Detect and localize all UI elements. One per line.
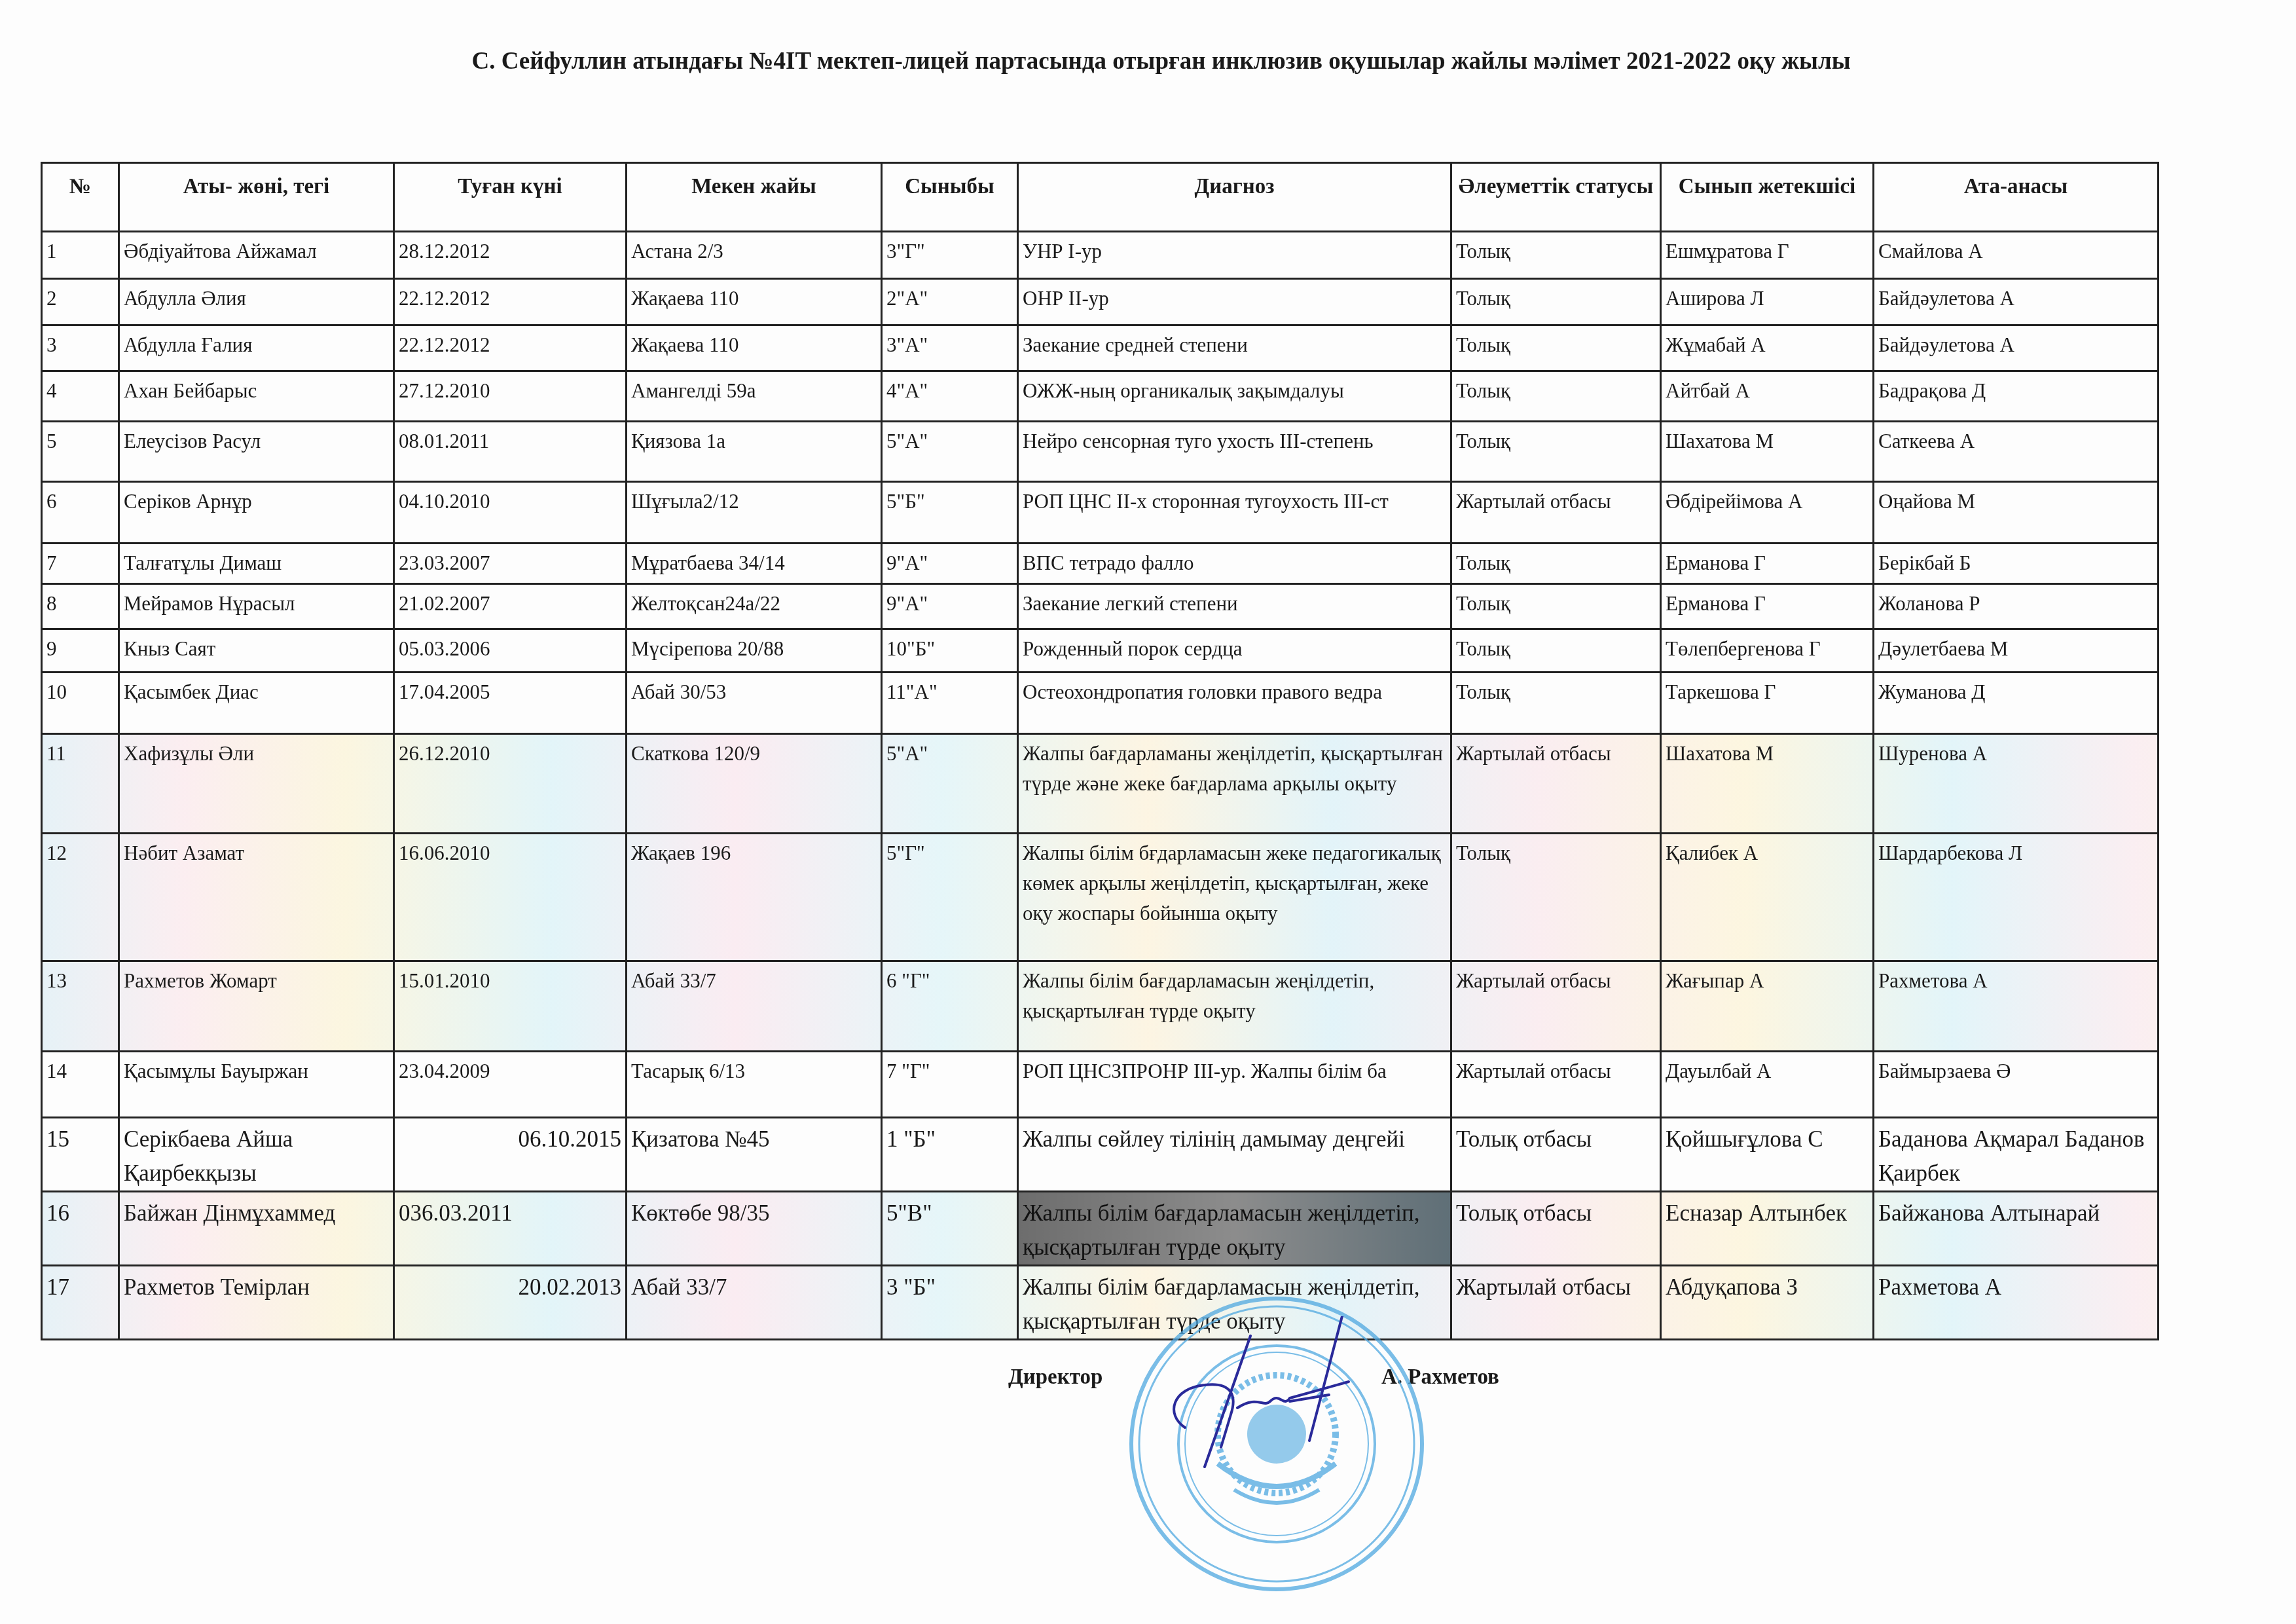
table-row: 8Мейрамов Нұрасыл21.02.2007Желтоқсан24а/…	[42, 584, 2159, 629]
cell-diagnosis: УНР I-ур	[1018, 232, 1451, 279]
cell-name: Серікбаева Айша Қаирбекқызы	[119, 1118, 394, 1192]
cell-diagnosis: РОП ЦНСЗПРОНР III-ур. Жалпы білім ба	[1018, 1052, 1451, 1118]
cell-no: 5	[42, 422, 119, 482]
cell-parents: Саткеева А	[1874, 422, 2159, 482]
cell-grade: 4"А"	[882, 371, 1018, 422]
cell-diagnosis: Заекание легкий степени	[1018, 584, 1451, 629]
cell-diagnosis: Нейро сенсорная туго ухость III-степень	[1018, 422, 1451, 482]
cell-grade: 5"А"	[882, 422, 1018, 482]
cell-no: 14	[42, 1052, 119, 1118]
cell-grade: 6 "Г"	[882, 961, 1018, 1052]
cell-status: Толық отбасы	[1451, 1192, 1661, 1266]
cell-address: Жақаева 110	[627, 325, 882, 371]
cell-grade: 5"Б"	[882, 482, 1018, 544]
col-header-birth: Туған күні	[394, 163, 627, 232]
cell-parents: Дәулетбаева М	[1874, 629, 2159, 673]
col-header-status: Әлеуметтік статусы	[1451, 163, 1661, 232]
cell-grade: 7 "Г"	[882, 1052, 1018, 1118]
col-header-diagnosis: Диагноз	[1018, 163, 1451, 232]
cell-status: Толық	[1451, 422, 1661, 482]
table-row: 14Қасымұлы Бауыржан23.04.2009Тасарық 6/1…	[42, 1052, 2159, 1118]
cell-status: Толық отбасы	[1451, 1118, 1661, 1192]
table-row: 1Әбдіуайтова Айжамал28.12.2012Астана 2/3…	[42, 232, 2159, 279]
cell-parents: Баданова Ақмарал Баданов Қаирбек	[1874, 1118, 2159, 1192]
cell-no: 12	[42, 834, 119, 961]
cell-teacher: Жұмабай А	[1661, 325, 1874, 371]
table-row: 9Кныз Саят05.03.2006Мүсірепова 20/8810"Б…	[42, 629, 2159, 673]
director-label: Директор	[1008, 1365, 1102, 1390]
cell-grade: 5"В"	[882, 1192, 1018, 1266]
cell-status: Толық	[1451, 834, 1661, 961]
cell-address: Көктөбе 98/35	[627, 1192, 882, 1266]
table-row: 16Байжан Дінмұхаммед036.03.2011Көктөбе 9…	[42, 1192, 2159, 1266]
cell-parents: Смайлова А	[1874, 232, 2159, 279]
cell-no: 13	[42, 961, 119, 1052]
col-header-no: №	[42, 163, 119, 232]
signature-icon	[1159, 1316, 1381, 1486]
cell-address: Қизатова №45	[627, 1118, 882, 1192]
director-name: А. Рахметов	[1381, 1365, 1499, 1390]
cell-grade: 3 "Б"	[882, 1266, 1018, 1340]
cell-parents: Рахметова А	[1874, 961, 2159, 1052]
cell-teacher: Ерманова Г	[1661, 584, 1874, 629]
table-row: 4Ахан Бейбарыс27.12.2010Амангелді 59а4"А…	[42, 371, 2159, 422]
cell-diagnosis: ОЖЖ-ның органикалық зақымдалуы	[1018, 371, 1451, 422]
cell-name: Талғатұлы Димаш	[119, 544, 394, 584]
cell-teacher: Аширова Л	[1661, 279, 1874, 325]
cell-parents: Рахметова А	[1874, 1266, 2159, 1340]
cell-diagnosis: Жалпы білім бғдарламасын жеке педагогика…	[1018, 834, 1451, 961]
cell-diagnosis: Рожденный порок сердца	[1018, 629, 1451, 673]
cell-address: Шұғыла2/12	[627, 482, 882, 544]
cell-teacher: Әбдірейімова А	[1661, 482, 1874, 544]
cell-parents: Берікбай Б	[1874, 544, 2159, 584]
cell-birth: 06.10.2015	[394, 1118, 627, 1192]
cell-parents: Оңайова М	[1874, 482, 2159, 544]
table-row: 3Абдулла Ғалия22.12.2012Жақаева 1103"А"З…	[42, 325, 2159, 371]
cell-address: Жақаева 110	[627, 279, 882, 325]
cell-address: Жақаев 196	[627, 834, 882, 961]
cell-teacher: Айтбай А	[1661, 371, 1874, 422]
cell-address: Абай 33/7	[627, 1266, 882, 1340]
cell-teacher: Шахатова М	[1661, 422, 1874, 482]
cell-diagnosis: Жалпы сөйлеу тілінің дамымау деңгейі	[1018, 1118, 1451, 1192]
cell-grade: 5"А"	[882, 734, 1018, 834]
cell-address: Абай 33/7	[627, 961, 882, 1052]
cell-birth: 22.12.2012	[394, 325, 627, 371]
cell-teacher: Таркешова Г	[1661, 673, 1874, 734]
col-header-grade: Сыныбы	[882, 163, 1018, 232]
cell-birth: 036.03.2011	[394, 1192, 627, 1266]
cell-teacher: Ерманова Г	[1661, 544, 1874, 584]
cell-no: 11	[42, 734, 119, 834]
cell-diagnosis: ОНР II-ур	[1018, 279, 1451, 325]
cell-birth: 27.12.2010	[394, 371, 627, 422]
cell-teacher: Төлепбергенова Г	[1661, 629, 1874, 673]
cell-birth: 21.02.2007	[394, 584, 627, 629]
table-row: 2Абдулла Әлия22.12.2012Жақаева 1102"А"ОН…	[42, 279, 2159, 325]
students-table: № Аты- жөні, тегі Туған күні Мекен жайы …	[41, 162, 2159, 1340]
cell-grade: 9"А"	[882, 544, 1018, 584]
cell-address: Амангелді 59а	[627, 371, 882, 422]
cell-name: Қасымбек Диас	[119, 673, 394, 734]
cell-address: Астана 2/3	[627, 232, 882, 279]
cell-grade: 2"А"	[882, 279, 1018, 325]
cell-birth: 20.02.2013	[394, 1266, 627, 1340]
cell-birth: 15.01.2010	[394, 961, 627, 1052]
cell-parents: Байдәулетова А	[1874, 325, 2159, 371]
cell-grade: 5"Г"	[882, 834, 1018, 961]
cell-name: Абдулла Әлия	[119, 279, 394, 325]
cell-status: Жартылай отбасы	[1451, 1052, 1661, 1118]
cell-no: 6	[42, 482, 119, 544]
col-header-address: Мекен жайы	[627, 163, 882, 232]
cell-no: 10	[42, 673, 119, 734]
cell-no: 15	[42, 1118, 119, 1192]
cell-teacher: Жағыпар А	[1661, 961, 1874, 1052]
cell-diagnosis: Заекание средней степени	[1018, 325, 1451, 371]
cell-name: Нәбит Азамат	[119, 834, 394, 961]
cell-teacher: Ешмұратова Г	[1661, 232, 1874, 279]
cell-name: Елеусізов Расул	[119, 422, 394, 482]
cell-address: Тасарық 6/13	[627, 1052, 882, 1118]
cell-name: Мейрамов Нұрасыл	[119, 584, 394, 629]
cell-grade: 10"Б"	[882, 629, 1018, 673]
cell-teacher: Қойшығұлова С	[1661, 1118, 1874, 1192]
cell-status: Жартылай отбасы	[1451, 482, 1661, 544]
cell-birth: 16.06.2010	[394, 834, 627, 961]
cell-diagnosis: Жалпы бағдарламаны жеңілдетіп, қысқартыл…	[1018, 734, 1451, 834]
cell-status: Жартылай отбасы	[1451, 1266, 1661, 1340]
table-row: 10Қасымбек Диас17.04.2005Абай 30/5311"А"…	[42, 673, 2159, 734]
cell-teacher: Шахатова М	[1661, 734, 1874, 834]
table-row: 6Серіков Арнұр04.10.2010Шұғыла2/125"Б"РО…	[42, 482, 2159, 544]
cell-parents: Байжанова Алтынарай	[1874, 1192, 2159, 1266]
cell-grade: 3"Г"	[882, 232, 1018, 279]
cell-no: 17	[42, 1266, 119, 1340]
cell-address: Мүсірепова 20/88	[627, 629, 882, 673]
cell-no: 2	[42, 279, 119, 325]
cell-name: Рахметов Жомарт	[119, 961, 394, 1052]
cell-address: Абай 30/53	[627, 673, 882, 734]
cell-name: Серіков Арнұр	[119, 482, 394, 544]
cell-address: Желтоқсан24а/22	[627, 584, 882, 629]
cell-no: 7	[42, 544, 119, 584]
cell-name: Кныз Саят	[119, 629, 394, 673]
cell-address: Қиязова 1а	[627, 422, 882, 482]
cell-parents: Шуренова А	[1874, 734, 2159, 834]
cell-birth: 26.12.2010	[394, 734, 627, 834]
cell-birth: 04.10.2010	[394, 482, 627, 544]
cell-grade: 1 "Б"	[882, 1118, 1018, 1192]
cell-status: Толық	[1451, 371, 1661, 422]
cell-name: Байжан Дінмұхаммед	[119, 1192, 394, 1266]
cell-teacher: Абдуқапова З	[1661, 1266, 1874, 1340]
cell-status: Толық	[1451, 584, 1661, 629]
cell-name: Әбдіуайтова Айжамал	[119, 232, 394, 279]
cell-status: Толық	[1451, 232, 1661, 279]
col-header-teacher: Сынып жетекшісі	[1661, 163, 1874, 232]
cell-name: Рахметов Темірлан	[119, 1266, 394, 1340]
cell-birth: 28.12.2012	[394, 232, 627, 279]
cell-address: Мұратбаева 34/14	[627, 544, 882, 584]
cell-name: Ахан Бейбарыс	[119, 371, 394, 422]
cell-no: 9	[42, 629, 119, 673]
cell-name: Абдулла Ғалия	[119, 325, 394, 371]
cell-name: Қасымұлы Бауыржан	[119, 1052, 394, 1118]
cell-diagnosis: Жалпы білім бағдарламасын жеңілдетіп, қы…	[1018, 1266, 1451, 1340]
cell-no: 3	[42, 325, 119, 371]
cell-parents: Баймырзаева Ә	[1874, 1052, 2159, 1118]
col-header-parents: Ата-анасы	[1874, 163, 2159, 232]
cell-parents: Бадрақова Д	[1874, 371, 2159, 422]
table-row: 15Серікбаева Айша Қаирбекқызы06.10.2015Қ…	[42, 1118, 2159, 1192]
document-title: С. Сейфуллин атындағы №4IT мектеп-лицей …	[0, 47, 2296, 75]
cell-status: Толық	[1451, 279, 1661, 325]
cell-birth: 08.01.2011	[394, 422, 627, 482]
cell-parents: Жуманова Д	[1874, 673, 2159, 734]
cell-teacher: Есназар Алтынбек	[1661, 1192, 1874, 1266]
cell-parents: Жоланова Р	[1874, 584, 2159, 629]
cell-birth: 22.12.2012	[394, 279, 627, 325]
cell-birth: 05.03.2006	[394, 629, 627, 673]
cell-parents: Шардарбекова Л	[1874, 834, 2159, 961]
table-row: 12Нәбит Азамат16.06.2010Жақаев 1965"Г"Жа…	[42, 834, 2159, 961]
table-row: 11Хафизұлы Әли26.12.2010Скаткова 120/95"…	[42, 734, 2159, 834]
cell-status: Жартылай отбасы	[1451, 961, 1661, 1052]
cell-teacher: Қалибек А	[1661, 834, 1874, 961]
cell-grade: 3"А"	[882, 325, 1018, 371]
table-row: 13Рахметов Жомарт15.01.2010Абай 33/76 "Г…	[42, 961, 2159, 1052]
cell-status: Толық	[1451, 629, 1661, 673]
cell-teacher: Дауылбай А	[1661, 1052, 1874, 1118]
cell-grade: 11"А"	[882, 673, 1018, 734]
table-row: 5Елеусізов Расул08.01.2011Қиязова 1а5"А"…	[42, 422, 2159, 482]
cell-diagnosis: Жалпы білім бағдарламасын жеңілдетіп, қы…	[1018, 961, 1451, 1052]
cell-no: 8	[42, 584, 119, 629]
cell-name: Хафизұлы Әли	[119, 734, 394, 834]
col-header-name: Аты- жөні, тегі	[119, 163, 394, 232]
table-header-row: № Аты- жөні, тегі Туған күні Мекен жайы …	[42, 163, 2159, 232]
cell-status: Толық	[1451, 673, 1661, 734]
cell-no: 4	[42, 371, 119, 422]
cell-status: Жартылай отбасы	[1451, 734, 1661, 834]
cell-address: Скаткова 120/9	[627, 734, 882, 834]
table-row: 17Рахметов Темірлан20.02.2013Абай 33/73 …	[42, 1266, 2159, 1340]
cell-diagnosis: Остеохондропатия головки правого ведра	[1018, 673, 1451, 734]
cell-birth: 23.04.2009	[394, 1052, 627, 1118]
cell-birth: 23.03.2007	[394, 544, 627, 584]
table-row: 7Талғатұлы Димаш23.03.2007Мұратбаева 34/…	[42, 544, 2159, 584]
cell-status: Толық	[1451, 544, 1661, 584]
cell-status: Толық	[1451, 325, 1661, 371]
cell-parents: Байдәулетова А	[1874, 279, 2159, 325]
cell-diagnosis: ВПС тетрадо фалло	[1018, 544, 1451, 584]
cell-grade: 9"А"	[882, 584, 1018, 629]
cell-no: 16	[42, 1192, 119, 1266]
cell-diagnosis: Жалпы білім бағдарламасын жеңілдетіп, қы…	[1018, 1192, 1451, 1266]
cell-birth: 17.04.2005	[394, 673, 627, 734]
cell-no: 1	[42, 232, 119, 279]
cell-diagnosis: РОП ЦНС II-х сторонная тугоухость III-ст	[1018, 482, 1451, 544]
